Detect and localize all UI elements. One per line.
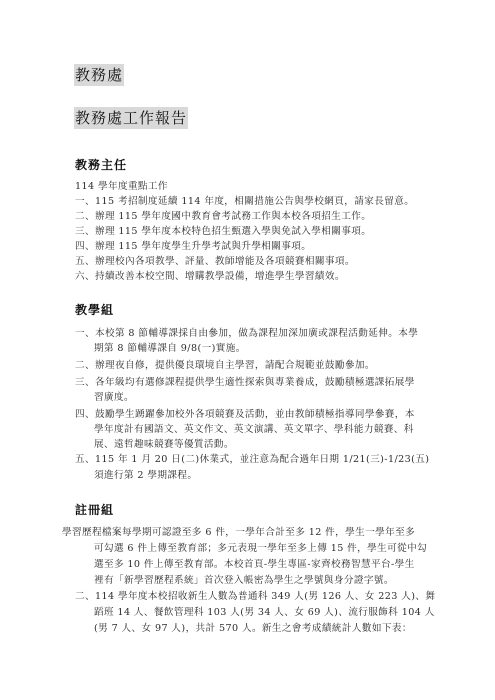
department-heading: 教務處 xyxy=(74,64,124,86)
text-line: (男 7 人、女 97 人)，共計 570 人。新生之會考成績統計人數如下表： xyxy=(94,623,412,635)
text-line: 一、本校第 8 節輔導課採自由參加，做為課程加深加廣或課程活動延伸。本學 xyxy=(75,328,418,340)
text-line: 五、115 年 1 月 20 日(二)休業式，並注意為配合過年日期 1/21(三… xyxy=(75,454,429,466)
text-line: 裡有「新學習歷程系統」首次登入帳密為學生之學號與身分證字號。 xyxy=(94,575,394,587)
section-title-registration: 註冊組 xyxy=(75,501,114,518)
text-line: 四、鼓勵學生踴躍參加校外各項競賽及活動，並由教師積極指導同學參賽，本 xyxy=(75,409,415,421)
text-line: 展、遠哲趣味競賽等優質活動。 xyxy=(94,439,234,451)
text-line: 114 學年度重點工作 xyxy=(75,181,168,193)
section-title-teaching: 教學組 xyxy=(75,301,114,318)
text-line: 二、辦理 115 學年度國中教育會考試務工作與本校各項招生工作。 xyxy=(75,211,371,223)
text-line: 習廣度。 xyxy=(94,392,134,404)
text-line: 選至多 10 件上傳至教育部。本校首頁-學生專區-家齊校務智慧平台-學生 xyxy=(94,559,415,571)
text-line: 須進行第 2 學期課程。 xyxy=(94,470,197,482)
text-line: 二、辦理夜自修，提供優良環境自主學習，請配合規範並鼓勵參加。 xyxy=(75,360,375,372)
text-line: 期第 8 節輔導課自 9/8(一)實施。 xyxy=(94,343,246,355)
text-line: 可勾選 6 件上傳至教育部；多元表現一學年至多上傳 15 件，學生可從中勾 xyxy=(94,543,427,555)
text-line: 六、持續改善本校空間、增購教學設備，增進學生學習績效。 xyxy=(75,271,345,283)
text-line: 蹈班 14 人、餐飲管理科 103 人(男 34 人、女 69 人)、流行服飾科… xyxy=(94,607,435,619)
text-line: 三、各年級均有選修課程提供學生適性探索與專業養成，鼓勵積極選課拓展學 xyxy=(75,377,415,389)
text-line: 四、辦理 115 學年度學生升學考試與升學相關事項。 xyxy=(75,241,311,253)
text-line: 五、辦理校內各項教學、評量、教師增能及各項競賽相關事項。 xyxy=(75,256,355,268)
section-title-director: 教務主任 xyxy=(75,156,127,173)
text-line: 一、115 考招制度延續 114 年度，相關措施公告與學校網頁，請家長留意。 xyxy=(75,196,414,208)
text-line: 二、114 學年度本校招收新生人數為普通科 349 人(男 126 人、女 22… xyxy=(75,591,435,603)
document-page: 教務處 教務處工作報告 教務主任 114 學年度重點工作 一、115 考招制度延… xyxy=(0,0,495,700)
report-heading: 教務處工作報告 xyxy=(74,107,188,129)
text-line: 學年度計有國語文、英文作文、英文演講、英文單字、學科能力競賽、科 xyxy=(94,424,414,436)
text-line: 學習歷程檔案每學期可認證至多 6 件，一學年合計至多 12 件，學生一學年至多 xyxy=(62,527,415,539)
text-line: 三、辦理 115 學年度本校特色招生甄選入學與免試入學相關事項。 xyxy=(75,226,371,238)
